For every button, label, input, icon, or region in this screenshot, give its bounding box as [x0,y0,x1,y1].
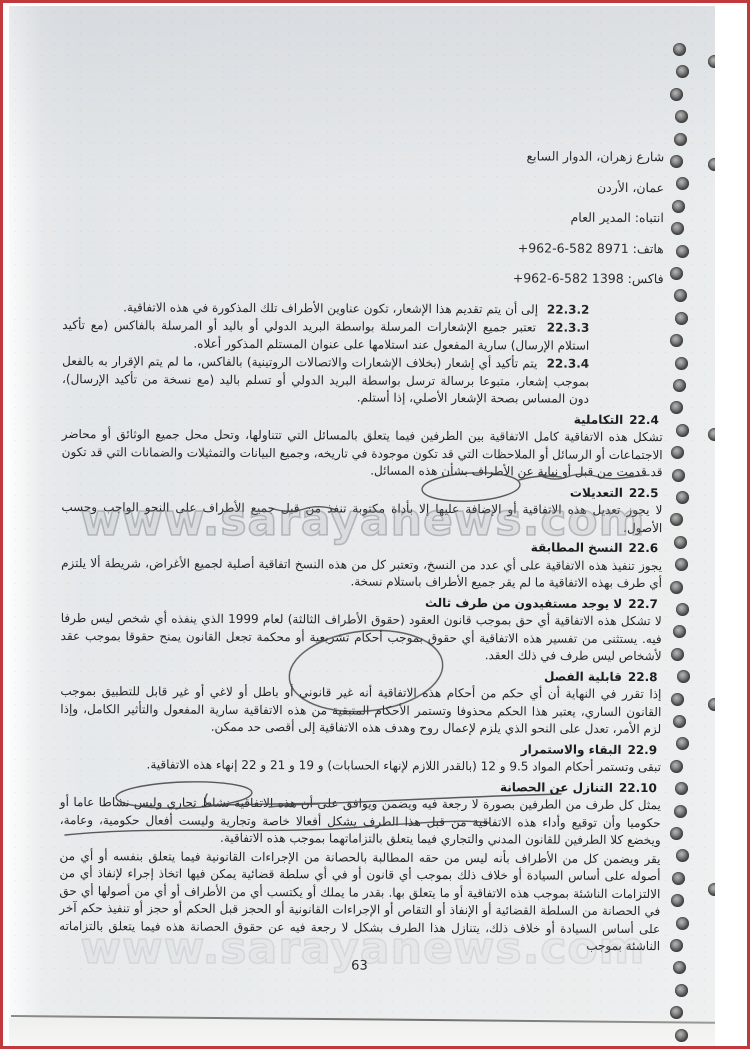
fax-number: +962-6-582 1398 [513,270,624,286]
document-content: شارع زهران، الدوار السابع عمان، الأردن ا… [59,6,665,975]
section-text: يقر ويضمن كل من الأطراف بأنه ليس من حقه … [59,847,661,955]
section-22-3-2: 22.3.2 إلى أن يتم تقديم هذا الإشعار، تكو… [62,298,663,319]
section-22-5: 22.5التعديلات لا يجوز تعديل هذه الاتفاقي… [61,481,662,537]
section-text: تبقى وتستمر أحكام المواد 9.5 و 12 (بالقد… [60,756,661,777]
phone-number: +962-6-582 8971 [518,240,629,256]
section-number: 22.3.4 [547,357,590,371]
section-22-8: 22.8قابلية الفصل إذا تقرر في النهاية أن … [60,665,661,738]
page-number: 63 [59,956,660,974]
scanned-contract-page: { "page": { "page_number": "63", "waterm… [0,0,750,1049]
section-22-6: 22.6النسخ المطابقة يجوز تنفيذ هذه الاتفا… [61,537,662,593]
section-text: تشكل هذه الاتفاقية كامل الاتفاقية بين ال… [62,426,663,482]
fax-line: فاكس: +962-6-582 1398 [63,261,664,295]
attention-line: انتباه: المدير العام [63,200,664,234]
section-text: تعتبر جميع الإشعارات المرسلة بواسطة البر… [62,318,589,352]
section-text: لا تشكل هذه الاتفاقية أي حق بموجب قانون … [61,610,662,666]
address-street: شارع زهران، الدوار السابع [63,139,664,173]
section-text: يتم تأكيد أي إشعار (بخلاف الإشعارات والا… [62,354,589,406]
section-number: 22.3.3 [547,321,590,335]
section-text: لا يجوز تعديل هذه الاتفاقية أو الإضافة ع… [61,499,662,537]
address-block: شارع زهران، الدوار السابع عمان، الأردن ا… [63,139,665,295]
section-text: إلى أن يتم تقديم هذا الإشعار، تكون عناوي… [123,300,538,316]
phone-line: هاتف: +962-6-582 8971 [63,230,664,264]
address-city: عمان، الأردن [63,169,664,203]
section-text: يمثل كل طرف من الطرفين بصورة لا رجعة فيه… [60,794,661,850]
section-22-9: 22.9البقاء والاستمرار تبقى وتستمر أحكام … [60,738,661,776]
contract-sections: 22.3.2 إلى أن يتم تقديم هذا الإشعار، تكو… [59,298,663,955]
section-22-3-4: 22.3.4 يتم تأكيد أي إشعار (بخلاف الإشعار… [62,353,663,409]
section-number: 22.3.2 [547,302,590,316]
section-22-4: 22.4التكاملية تشكل هذه الاتفاقية كامل ال… [62,408,663,481]
section-22-10: 22.10التنازل عن الحصانة يمثل كل طرف من ا… [59,776,661,955]
section-22-3-3: 22.3.3 تعتبر جميع الإشعارات المرسلة بواس… [62,317,663,355]
section-text: إذا تقرر في النهاية أن أي حكم من أحكام ه… [60,683,661,739]
section-text: يجوز تنفيذ هذه الاتفاقية على أي عدد من ا… [61,554,662,592]
section-22-7: 22.7لا يوجد مستفيدون من طرف ثالث لا تشكل… [61,592,662,665]
